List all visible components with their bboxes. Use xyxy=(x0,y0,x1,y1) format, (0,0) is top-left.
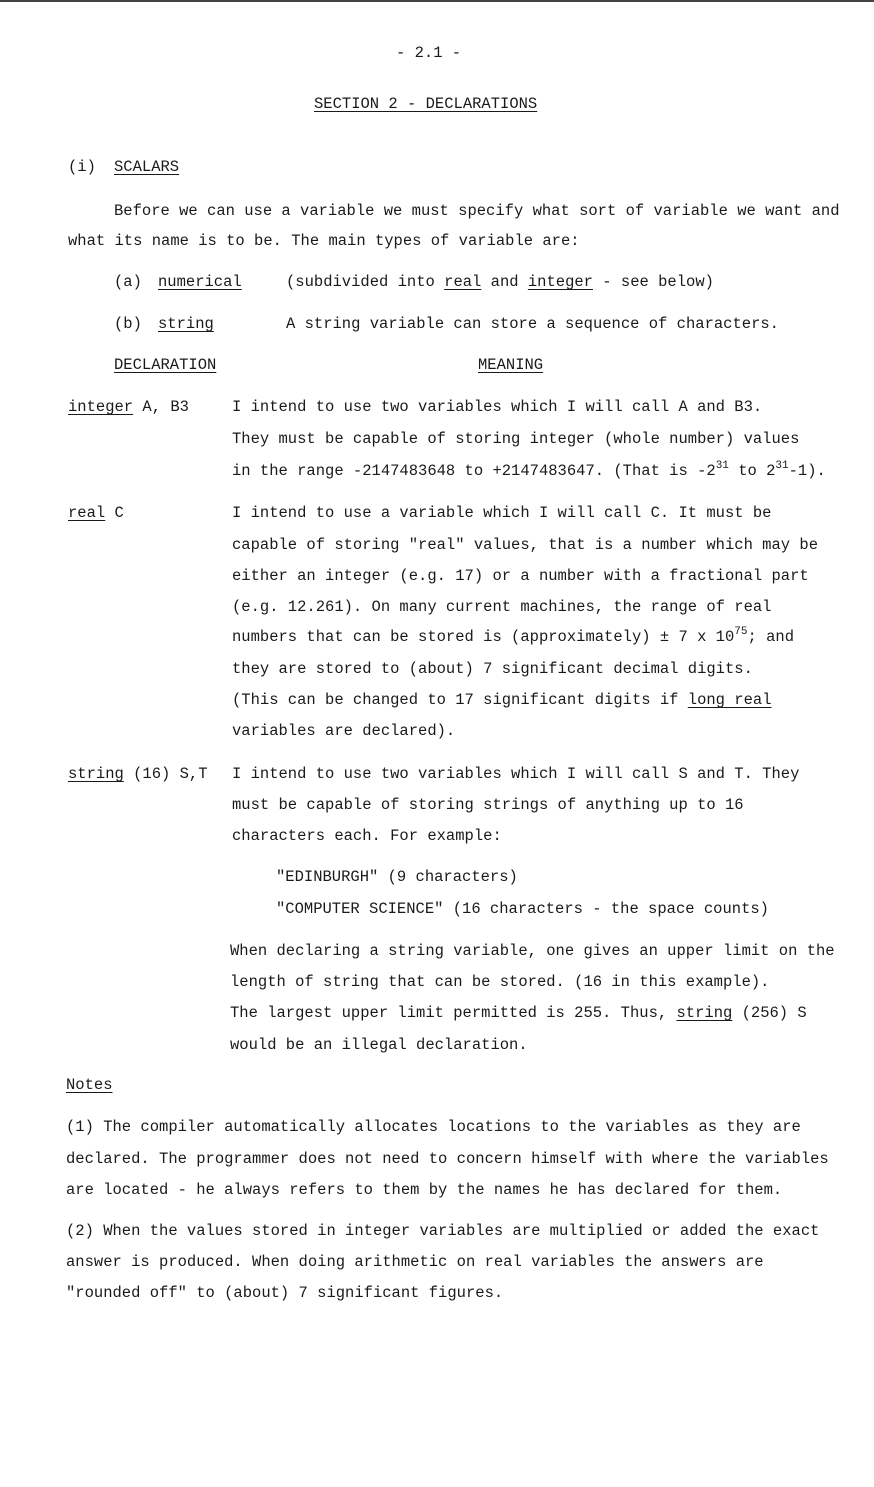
real-range-line: numbers that can be stored is (approxima… xyxy=(232,628,794,646)
string-para-line: length of string that can be stored. (16… xyxy=(230,973,770,991)
string-para-line: would be an illegal declaration. xyxy=(230,1036,528,1054)
integer-meaning-line: They must be capable of storing integer … xyxy=(232,430,799,448)
page-number: - 2.1 - xyxy=(396,44,461,62)
type-b-name: string xyxy=(158,315,214,333)
string-para-line: The largest upper limit permitted is 255… xyxy=(230,1004,807,1022)
type-b-desc: A string variable can store a sequence o… xyxy=(286,315,779,333)
decl-string: string (16) S,T xyxy=(68,765,208,783)
type-a-name: numerical xyxy=(158,273,242,291)
integer-range-line: in the range -2147483648 to +2147483647.… xyxy=(232,462,826,480)
note-line: "rounded off" to (about) 7 significant f… xyxy=(66,1284,503,1302)
intro-line-1: Before we can use a variable we must spe… xyxy=(114,202,840,220)
notes-title: Notes xyxy=(66,1076,113,1094)
intro-line-2: what its name is to be. The main types o… xyxy=(68,232,580,250)
note-line: (1) The compiler automatically allocates… xyxy=(66,1118,801,1136)
string-para-line: When declaring a string variable, one gi… xyxy=(230,942,835,960)
subsection-number: (i) xyxy=(68,158,96,176)
decl-real: real C xyxy=(68,504,124,522)
real-meaning-line: (e.g. 12.261). On many current machines,… xyxy=(232,598,772,616)
type-b-label: (b) xyxy=(114,315,142,333)
note-line: declared. The programmer does not need t… xyxy=(66,1150,829,1168)
column-declaration: DECLARATION xyxy=(114,356,216,374)
string-meaning-line: must be capable of storing strings of an… xyxy=(232,796,744,814)
string-example: "COMPUTER SCIENCE" (16 characters - the … xyxy=(276,900,769,918)
page-top-border xyxy=(0,0,874,2)
decl-integer: integer A, B3 xyxy=(68,398,189,416)
integer-meaning-line: I intend to use two variables which I wi… xyxy=(232,398,762,416)
type-a-label: (a) xyxy=(114,273,142,291)
real-meaning-line: capable of storing "real" values, that i… xyxy=(232,536,818,554)
column-meaning: MEANING xyxy=(478,356,543,374)
note-line: answer is produced. When doing arithmeti… xyxy=(66,1253,764,1271)
real-meaning-line: either an integer (e.g. 17) or a number … xyxy=(232,567,809,585)
string-meaning-line: characters each. For example: xyxy=(232,827,502,845)
type-a-desc: (subdivided into real and integer - see … xyxy=(286,273,714,291)
real-meaning-line: I intend to use a variable which I will … xyxy=(232,504,772,522)
string-meaning-line: I intend to use two variables which I wi… xyxy=(232,765,799,783)
note-line: are located - he always refers to them b… xyxy=(66,1181,782,1199)
real-meaning-line: (This can be changed to 17 significant d… xyxy=(232,691,772,709)
note-line: (2) When the values stored in integer va… xyxy=(66,1222,819,1240)
real-meaning-line: they are stored to (about) 7 significant… xyxy=(232,660,753,678)
real-meaning-line: variables are declared). xyxy=(232,722,455,740)
string-example: "EDINBURGH" (9 characters) xyxy=(276,868,518,886)
subsection-title: SCALARS xyxy=(114,158,179,176)
section-title: SECTION 2 - DECLARATIONS xyxy=(314,95,537,113)
